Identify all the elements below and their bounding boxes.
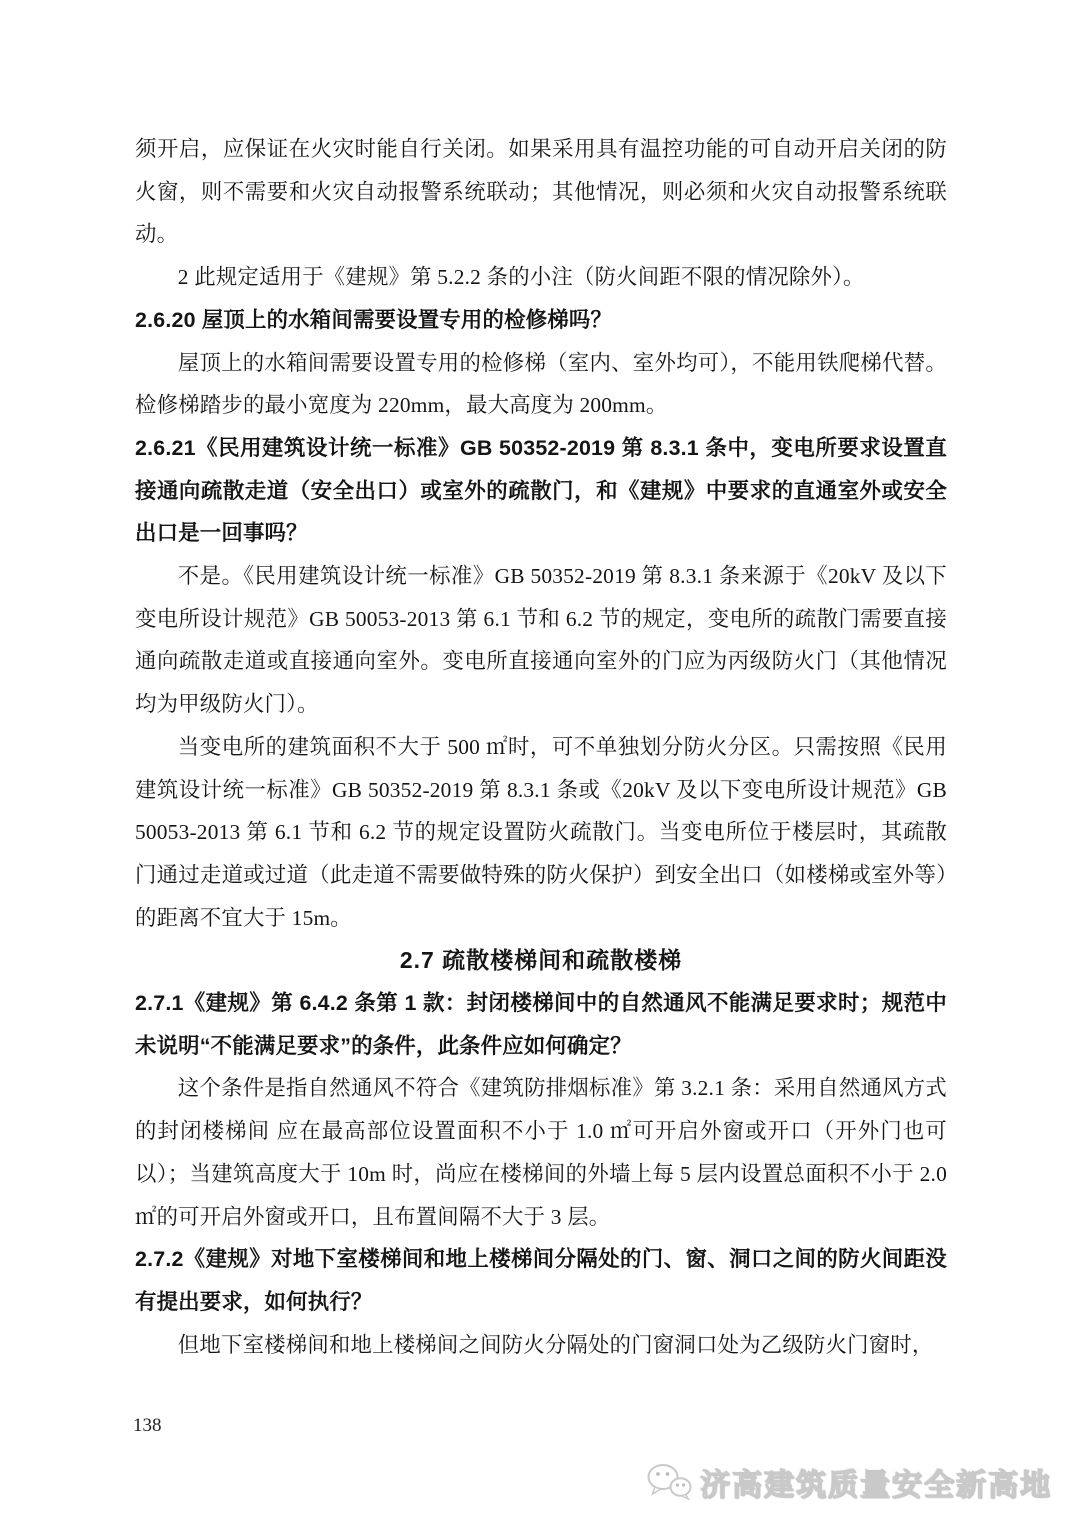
wechat-icon [646, 1463, 692, 1501]
watermark: 济高建筑质量安全新高地 [646, 1460, 1052, 1504]
question-heading-2-6-21: 2.6.21《民用建筑设计统一标准》GB 50352-2019 第 8.3.1 … [135, 427, 947, 555]
answer-2-6-20: 屋顶上的水箱间需要设置专用的检修梯（室内、室外均可），不能用铁爬梯代替。检修梯踏… [135, 342, 947, 427]
answer-2-6-21-paragraph-2: 当变电所的建筑面积不大于 500 ㎡时，可不单独划分防火分区。只需按照《民用建筑… [135, 726, 947, 940]
page-number: 138 [133, 1415, 162, 1437]
answer-2-7-1: 这个条件是指自然通风不符合《建筑防排烟标准》第 3.2.1 条：采用自然通风方式… [135, 1067, 947, 1238]
document-page: 须开启，应保证在火灾时能自行关闭。如果采用具有温控功能的可自动开启关闭的防火窗，… [0, 0, 1080, 1527]
section-heading-2-7: 2.7 疏散楼梯间和疏散楼梯 [135, 939, 947, 982]
watermark-text: 济高建筑质量安全新高地 [700, 1460, 1052, 1504]
page-content: 须开启，应保证在火灾时能自行关闭。如果采用具有温控功能的可自动开启关闭的防火窗，… [135, 128, 947, 1366]
answer-2-6-21-paragraph-1: 不是。《民用建筑设计统一标准》GB 50352-2019 第 8.3.1 条来源… [135, 555, 947, 726]
answer-2-7-2-partial: 但地下室楼梯间和地上楼梯间之间防火分隔处的门窗洞口处为乙级防火门窗时， [135, 1324, 947, 1367]
paragraph-note-2: 2 此规定适用于《建规》第 5.2.2 条的小注（防火间距不限的情况除外）。 [135, 256, 947, 299]
question-heading-2-6-20: 2.6.20 屋顶上的水箱间需要设置专用的检修梯吗？ [135, 299, 947, 342]
paragraph-continuation: 须开启，应保证在火灾时能自行关闭。如果采用具有温控功能的可自动开启关闭的防火窗，… [135, 128, 947, 256]
question-heading-2-7-1: 2.7.1《建规》第 6.4.2 条第 1 款：封闭楼梯间中的自然通风不能满足要… [135, 982, 947, 1067]
question-heading-2-7-2: 2.7.2《建规》对地下室楼梯间和地上楼梯间分隔处的门、窗、洞口之间的防火间距没… [135, 1238, 947, 1323]
